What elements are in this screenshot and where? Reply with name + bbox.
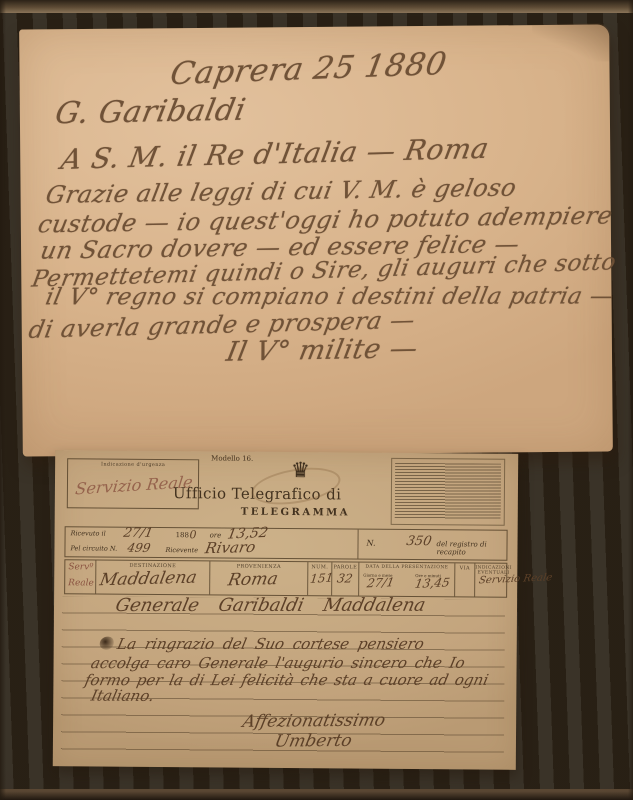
registry-label: del registro di recapito [436, 540, 506, 557]
circuit-label: Pel circuito N. [70, 544, 117, 552]
framed-documents-photo: Caprera 25 1880 G. Garibaldi A S. M. il … [0, 0, 633, 800]
origin-cell: PROVENIENZA Roma [209, 561, 307, 595]
frame-edge-right [628, 0, 633, 800]
service-class-value-line2: Reale [68, 578, 94, 588]
frame-edge-left [0, 0, 6, 800]
origin-value: Roma [226, 569, 279, 590]
telegram-form-title: TELEGRAMMA [241, 507, 350, 519]
notes-cell: INDICAZIONI EVENTUALI Servizio Reale [474, 563, 512, 596]
registry-number-label: N. [366, 539, 375, 548]
letter-closing: Il V° milite — [224, 333, 421, 368]
receipt-cell-right: N. 350 del registro di recapito [357, 530, 506, 560]
message-address-line: Generale Garibaldi Maddalena [114, 595, 428, 616]
message-line: La ringrazio del Suo cortese pensiero [116, 635, 426, 653]
circuit-value: 499 [126, 541, 151, 555]
received-label: Ricevuto il [71, 529, 106, 537]
classification-row: Servº Reale DESTINAZIONE Maddalena PROVE… [64, 559, 507, 597]
via-label: VIA [455, 563, 474, 571]
destination-value: Maddalena [98, 568, 198, 591]
letter-author-signature: G. Garibaldi [52, 93, 248, 132]
garibaldi-letter: Caprera 25 1880 G. Garibaldi A S. M. il … [19, 24, 613, 456]
receipt-row: Ricevuto il 27/1 188 0 ore 13,52 Pel cir… [64, 526, 507, 560]
words-label: PAROLE [332, 562, 358, 570]
destination-cell: DESTINAZIONE Maddalena [95, 561, 209, 595]
urgency-label: Indicazione d'urgenza [68, 459, 198, 468]
year-value: 0 [190, 528, 197, 541]
frame-edge-bottom [0, 789, 633, 800]
telegram-form: Indicazione d'urgenza Servizio Reale Mod… [53, 450, 518, 770]
presentation-date-cell: DATA DELLA PRESENTAZIONE Giorno e mese O… [358, 563, 454, 597]
letter-corner-fold [532, 23, 610, 62]
via-cell: VIA [454, 563, 474, 596]
receipt-cell-left: Ricevuto il 27/1 188 0 ore 13,52 Pel cir… [65, 527, 357, 558]
received-value: 27/1 [122, 526, 154, 541]
receiver-value: Rivaro [204, 538, 257, 557]
receiver-label: Ricevente [165, 546, 198, 554]
telegram-model-label: Modello 16. [211, 454, 253, 462]
words-value: 32 [336, 571, 354, 585]
date-day-value: 27/1 [366, 575, 396, 590]
letter-body-line: il V° regno si compiano i destini della … [43, 283, 616, 310]
frame-edge-top [0, 0, 633, 13]
registry-number-value: 350 [405, 534, 433, 549]
message-line: accolga caro Generale l'augurio sincero … [89, 654, 466, 672]
words-cell: PAROLE 32 [331, 562, 358, 595]
royal-signature: Umberto [273, 731, 354, 752]
num-label: NUM. [308, 562, 331, 570]
message-line: Italiano. [89, 686, 156, 704]
letter-recipient-line: A S. M. il Re d'Italia — Roma [58, 132, 491, 176]
presentation-date-label: DATA DELLA PRESENTAZIONE [359, 563, 454, 571]
service-class-value-line1: Servº [68, 562, 93, 572]
num-cell: NUM. 151 [307, 562, 331, 595]
service-class-cell: Servº Reale [65, 560, 95, 593]
letter-dateline: Caprera 25 1880 [168, 46, 450, 92]
fine-print-instructions [391, 458, 506, 526]
date-time-value: 13,45 [414, 575, 451, 590]
message-valediction: Affezionatissimo [241, 711, 387, 732]
year-printed: 188 [176, 531, 189, 539]
